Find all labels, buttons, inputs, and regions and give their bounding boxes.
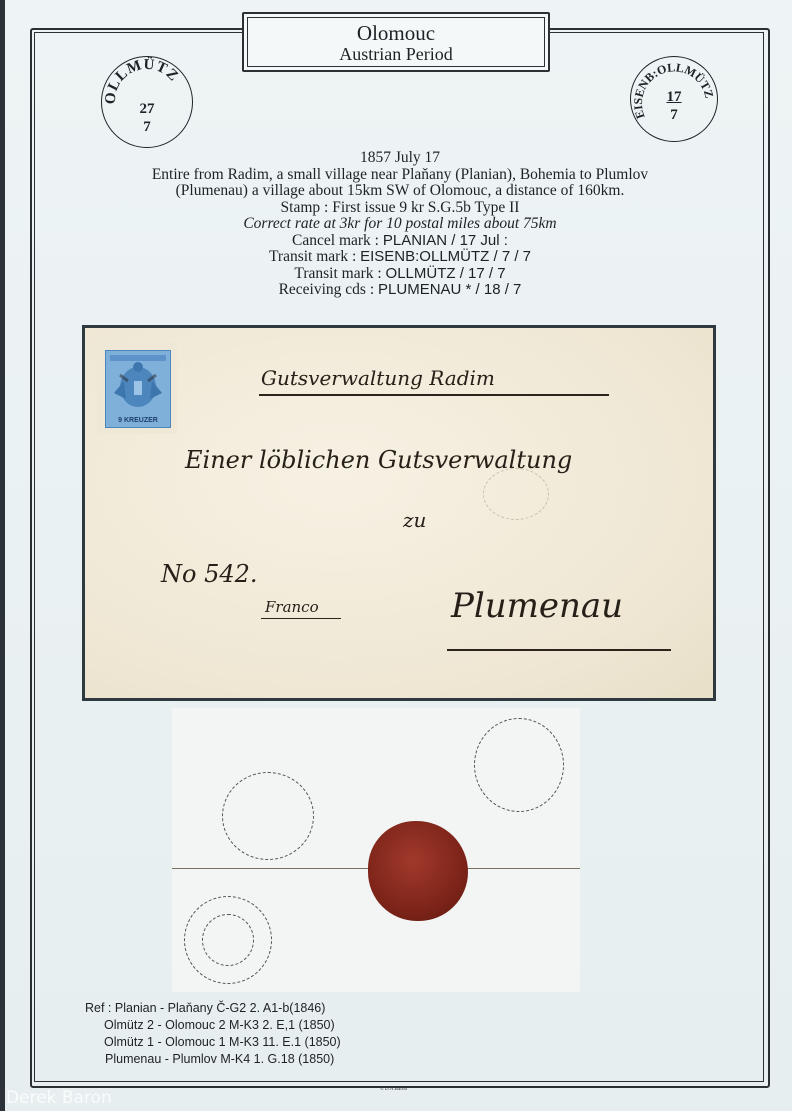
cover-front-image: 9 KREUZER Gutsverwaltung Radim Einer löb…: [82, 325, 716, 701]
transit-mark-value: EISENB:OLLMÜTZ / 7 / 7: [360, 248, 531, 265]
receiving-cds-label: Receiving cds :: [279, 281, 378, 298]
watermark: Derek Baron: [6, 1088, 112, 1108]
scan-edge: [0, 0, 5, 1111]
copyright-notice: © D.N.Baron: [380, 1087, 407, 1092]
postmark-month: 7: [102, 119, 192, 135]
stamp-info: Stamp : First issue 9 kr S.G.5b Type II: [60, 200, 740, 217]
page-subtitle: Austrian Period: [248, 44, 544, 64]
postmark-month: 7: [631, 107, 717, 123]
eisenb-ollmutz-backstamp: [222, 772, 314, 860]
rate-info: Correct rate at 3kr for 10 postal miles …: [60, 216, 740, 233]
postage-stamp: 9 KREUZER: [97, 342, 177, 434]
transit-mark-label: Transit mark :: [294, 265, 385, 282]
ollmutz-backstamp: [474, 718, 564, 812]
description-line-1: Entire from Radim, a small village near …: [60, 167, 740, 184]
transit-mark-1: Transit mark : EISENB:OLLMÜTZ / 7 / 7: [60, 249, 740, 266]
reference-item: Olmütz 1 - Olomouc 1 M-K3 11. E.1 (1850): [85, 1034, 341, 1051]
handwriting-franco: Franco: [265, 598, 319, 616]
cover-date: 1857 July 17: [60, 150, 740, 167]
receiving-cds-value: PLUMENAU * / 18 / 7: [378, 281, 521, 298]
sender-underline: [259, 394, 609, 396]
references: Ref : Planian - Plaňany Č-G2 2. A1-b(184…: [85, 1000, 341, 1068]
wax-seal: [368, 821, 468, 921]
page-title: Olomouc: [248, 22, 544, 44]
transit-mark-label: Transit mark :: [269, 248, 360, 265]
double-eagle-icon: [106, 351, 170, 427]
transit-mark-value: OLLMÜTZ / 17 / 7: [386, 265, 506, 282]
handwriting-number: No 542.: [161, 560, 258, 588]
reference-item: Olmütz 2 - Olomouc 2 M-K3 2. E,1 (1850): [85, 1017, 341, 1034]
reference-item: Plumenau - Plumlov M-K4 1. G.18 (1850): [85, 1051, 341, 1068]
references-label: Ref :: [85, 1001, 115, 1015]
svg-text:OLLMÜTZ: OLLMÜTZ: [103, 57, 182, 105]
cover-description: 1857 July 17 Entire from Radim, a small …: [60, 150, 740, 299]
postmark-day: 17: [631, 89, 717, 105]
transit-mark-2: Transit mark : OLLMÜTZ / 17 / 7: [60, 266, 740, 283]
ollmutz-postmark-illustration: OLLMÜTZ 27 7: [101, 56, 193, 148]
receiving-cds: Receiving cds : PLUMENAU * / 18 / 7: [60, 282, 740, 299]
handwriting-destination: Plumenau: [451, 586, 623, 626]
cover-back-image: [172, 708, 580, 992]
plumenau-backstamp-inner-ring: [202, 914, 254, 966]
faint-postmark: [483, 468, 549, 520]
eisenb-ollmutz-postmark-illustration: EISENB:OLLMÜTZ 17 7: [630, 56, 718, 142]
description-line-2: (Plumenau) a village about 15km SW of Ol…: [60, 183, 740, 200]
handwriting-sender: Gutsverwaltung Radim: [261, 366, 495, 390]
franco-underline: [261, 618, 341, 619]
cancel-mark: Cancel mark : PLANIAN / 17 Jul :: [60, 233, 740, 250]
reference-item: Planian - Plaňany Č-G2 2. A1-b(1846): [115, 1001, 326, 1015]
handwriting-zu: zu: [403, 508, 426, 532]
destination-underline: [447, 649, 671, 651]
cancel-mark-label: Cancel mark :: [292, 232, 383, 249]
cancel-mark-value: PLANIAN / 17 Jul :: [383, 232, 508, 249]
title-box: Olomouc Austrian Period: [242, 12, 550, 72]
postmark-day: 27: [102, 101, 192, 117]
stamp-value: 9 KREUZER: [106, 417, 170, 424]
